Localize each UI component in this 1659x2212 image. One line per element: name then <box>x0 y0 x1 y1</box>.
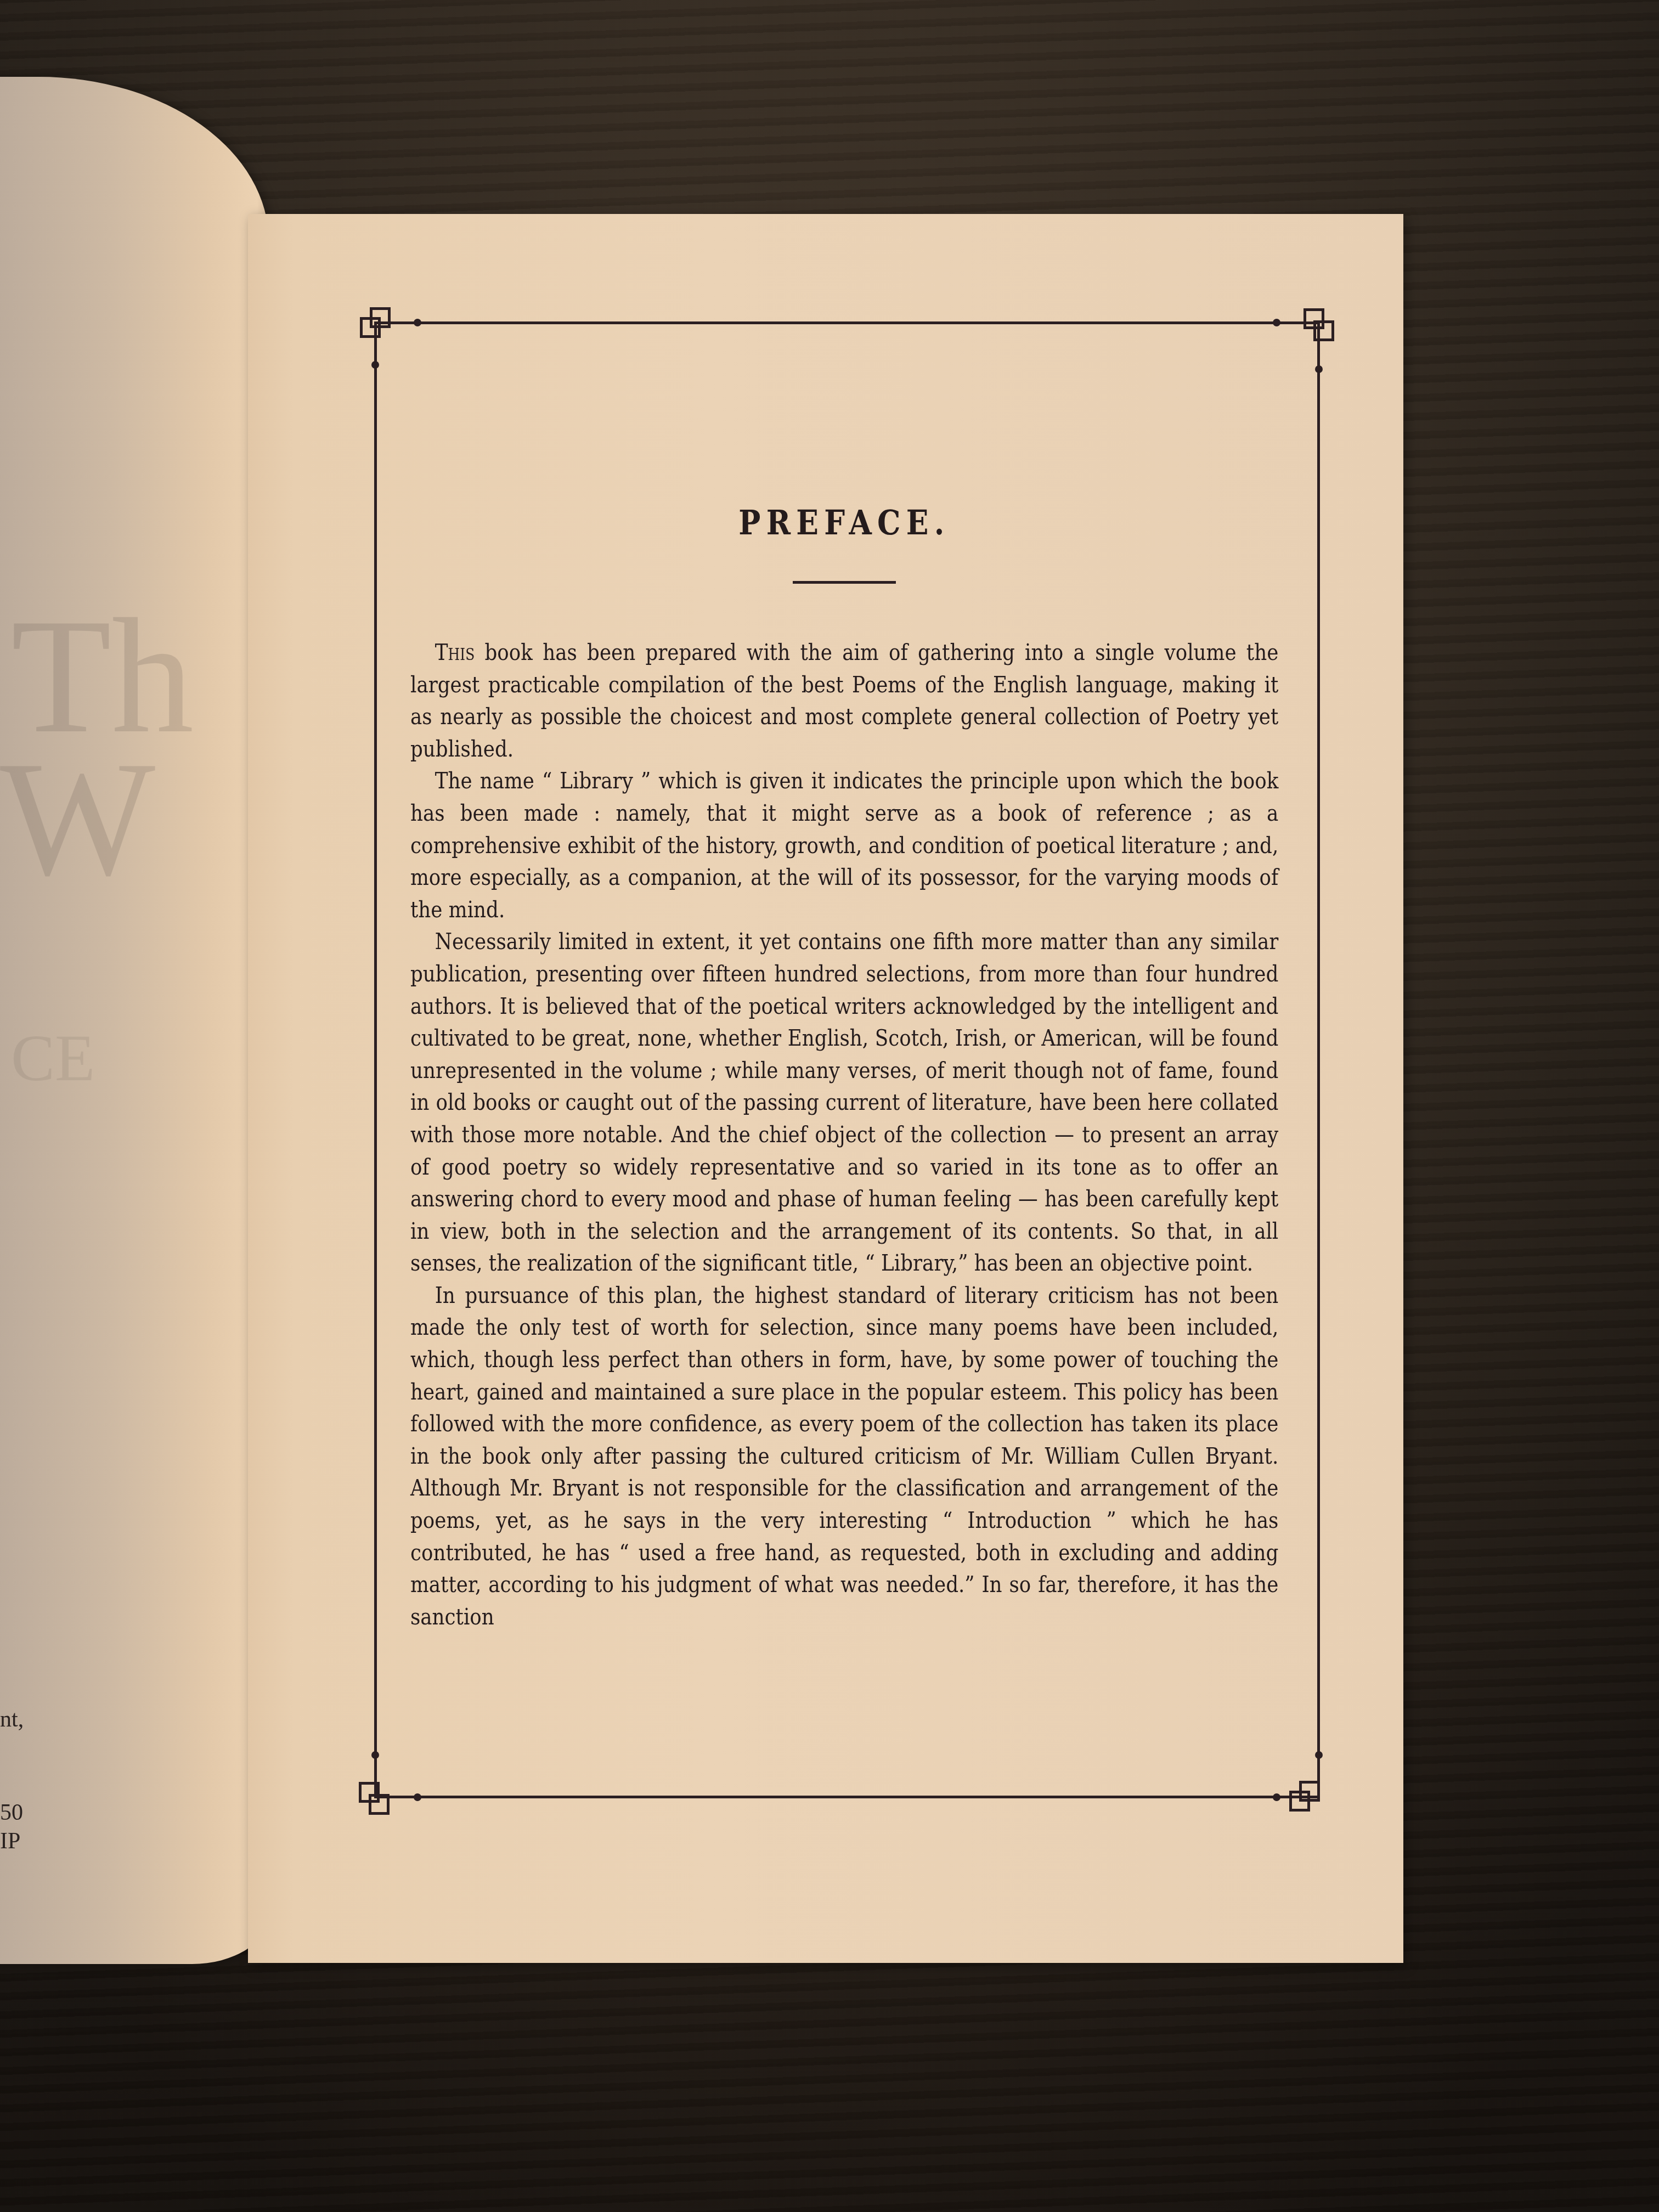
paragraph: Necessarily limited in extent, it yet co… <box>410 926 1278 1279</box>
preface-body: This book has been prepared with the aim… <box>410 636 1278 1633</box>
left-page-ghost-text: CE <box>11 1020 95 1096</box>
border-dot-icon <box>1315 365 1323 373</box>
right-page: PREFACE. This book has been prepared wit… <box>248 214 1403 1963</box>
border-dot-icon <box>414 319 421 326</box>
paragraph: The name “ Library ” which is given it i… <box>410 765 1278 926</box>
border-dot-icon <box>1273 319 1280 326</box>
border-dot-icon <box>414 1793 421 1801</box>
paragraph: This book has been prepared with the aim… <box>410 636 1278 765</box>
paragraph: In pursuance of this plan, the highest s… <box>410 1279 1278 1633</box>
corner-ornament-icon <box>1304 308 1336 341</box>
border-rule-right <box>1317 321 1320 1798</box>
title-divider <box>793 581 896 584</box>
border-dot-icon <box>1273 1793 1280 1801</box>
left-page-edge-fragment: IP <box>0 1828 20 1854</box>
corner-ornament-icon <box>360 307 393 340</box>
left-page-edge-fragment: nt, <box>0 1706 24 1733</box>
page-title: PREFACE. <box>471 499 1218 543</box>
corner-ornament-icon <box>1299 1781 1332 1814</box>
border-rule-left <box>374 321 377 1798</box>
corner-ornament-icon <box>359 1782 392 1815</box>
paragraph-text: The name “ Library ” which is given it i… <box>410 767 1278 922</box>
paragraph-text: Necessarily limited in extent, it yet co… <box>410 928 1278 1276</box>
left-page-ghost-text: W <box>0 724 155 913</box>
border-dot-icon <box>371 361 379 369</box>
paragraph-text: book has been prepared with the aim of g… <box>410 639 1278 762</box>
paragraph-lead-small-caps: This <box>435 639 475 665</box>
border-rule-top <box>374 321 1320 324</box>
left-page: Th W CE nt, 50 IP <box>0 77 269 1964</box>
border-rule-bottom <box>374 1796 1320 1798</box>
border-dot-icon <box>1315 1751 1323 1759</box>
left-page-edge-fragment: 50 <box>0 1799 23 1826</box>
page-content: PREFACE. This book has been prepared wit… <box>410 499 1278 1633</box>
border-dot-icon <box>371 1751 379 1759</box>
paragraph-text: In pursuance of this plan, the highest s… <box>410 1282 1278 1630</box>
